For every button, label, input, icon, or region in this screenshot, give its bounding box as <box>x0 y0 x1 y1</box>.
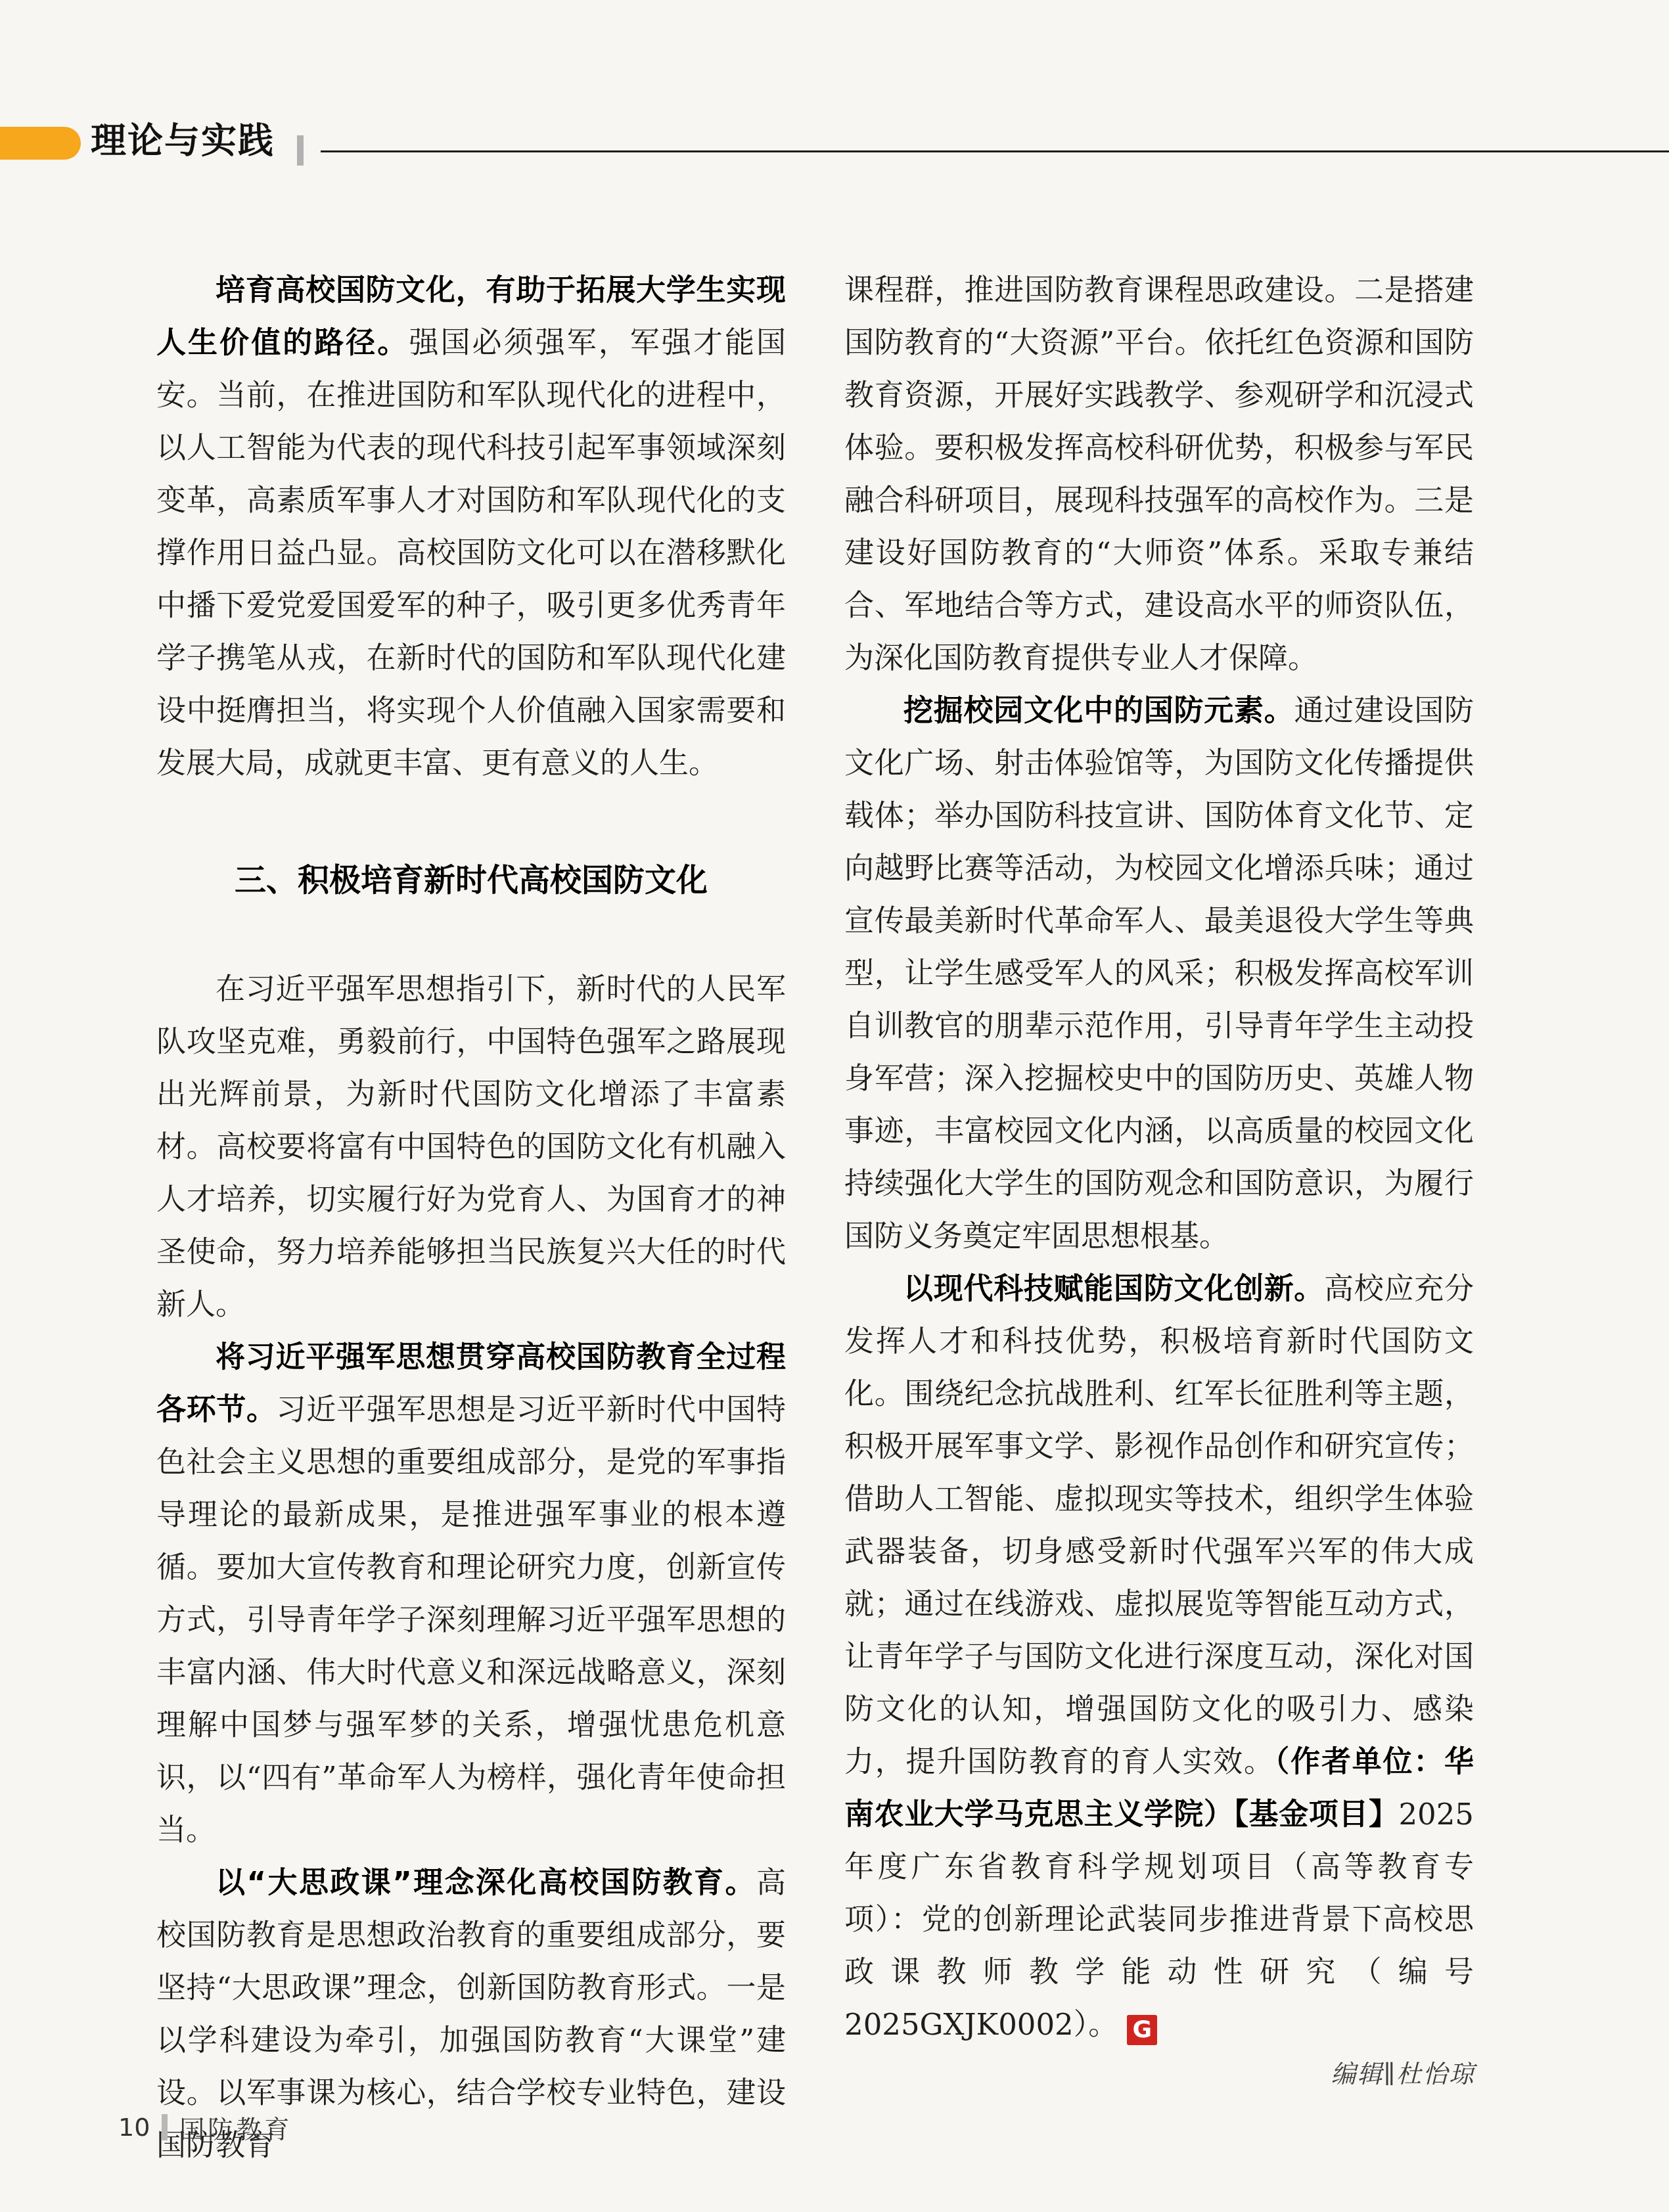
bold-lead-text: 以现代科技赋能国防文化创新。 <box>903 1271 1324 1306</box>
body-text: 强国必须强军，军强才能国安。当前，在推进国防和军队现代化的进程中，以人工智能为代… <box>156 325 786 780</box>
section-label: 理论与实践 <box>91 122 275 160</box>
body-text: 通过建设国防文化广场、射击体验馆等，为国防文化传播提供载体；举办国防科技宣讲、国… <box>844 693 1474 1253</box>
paragraph: 挖掘校园文化中的国防元素。通过建设国防文化广场、射击体验馆等，为国防文化传播提供… <box>844 685 1474 1263</box>
journal-name: 国防教育 <box>179 2109 292 2145</box>
end-mark-badge: G <box>1127 2015 1157 2045</box>
body-text: 在习近平强军思想指引下，新时代的人民军队攻坚克难，勇毅前行，中国特色强军之路展现… <box>156 972 786 1322</box>
body-text: 习近平强军思想是习近平新时代中国特色社会主义思想的重要组成部分，是党的军事指导理… <box>156 1392 786 1847</box>
body-text: 2025年度广东省教育科学规划项目（高等教育专项）：党的创新理论武装同步推进背景… <box>844 1797 1474 2042</box>
page: 理论与实践 培育高校国防文化，有助于拓展大学生实现人生价值的路径。强国必须强军，… <box>0 0 1669 2212</box>
body-text: 课程群，推进国防教育课程思政建设。二是搭建国防教育的“大资源”平台。依托红色资源… <box>844 273 1474 675</box>
body-text: 高校应充分发挥人才和科技优势，积极培育新时代国防文化。围绕纪念抗战胜利、红军长征… <box>844 1271 1474 1779</box>
bold-lead-text: 以“大思政课”理念深化高校国防教育。 <box>216 1865 756 1900</box>
footer-divider <box>162 2114 168 2140</box>
editor-credit: 编辑∥杜怡琼 <box>1331 2054 1475 2090</box>
header-divider-bar <box>297 135 304 166</box>
article-left-column: 培育高校国防文化，有助于拓展大学生实现人生价值的路径。强国必须强军，军强才能国安… <box>156 264 786 2172</box>
paragraph: 以现代科技赋能国防文化创新。高校应充分发挥人才和科技优势，积极培育新时代国防文化… <box>844 1263 1474 2051</box>
bold-lead-text: 挖掘校园文化中的国防元素。 <box>903 693 1294 728</box>
page-number: 10 <box>118 2113 150 2142</box>
article-right-column: 课程群，推进国防教育课程思政建设。二是搭建国防教育的“大资源”平台。依托红色资源… <box>844 264 1474 2051</box>
section-heading: 三、积极培育新时代高校国防文化 <box>156 854 786 907</box>
section-tab-pill <box>0 127 81 160</box>
header-rule <box>321 150 1669 152</box>
paragraph: 在习近平强军思想指引下，新时代的人民军队攻坚克难，勇毅前行，中国特色强军之路展现… <box>156 963 786 1331</box>
page-footer: 10 国防教育 <box>118 2109 292 2145</box>
paragraph: 培育高校国防文化，有助于拓展大学生实现人生价值的路径。强国必须强军，军强才能国安… <box>156 264 786 790</box>
paragraph: 课程群，推进国防教育课程思政建设。二是搭建国防教育的“大资源”平台。依托红色资源… <box>844 264 1474 685</box>
paragraph: 将习近平强军思想贯穿高校国防教育全过程各环节。习近平强军思想是习近平新时代中国特… <box>156 1331 786 1857</box>
